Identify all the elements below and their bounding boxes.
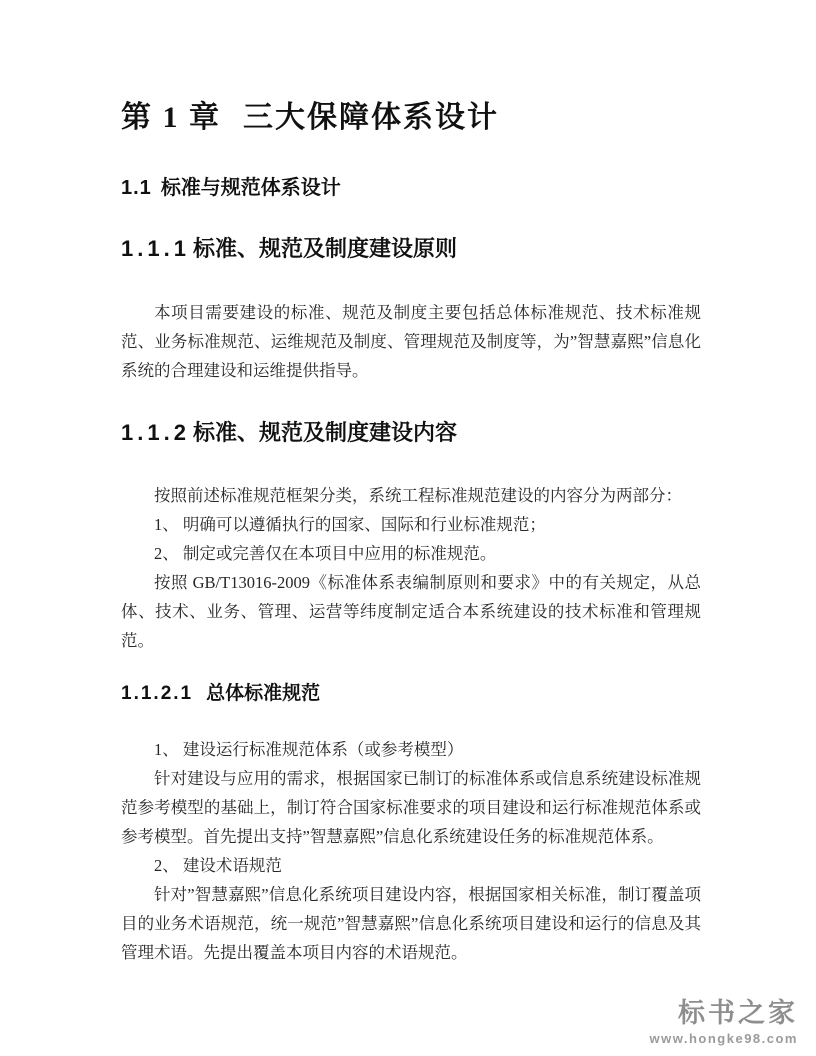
heading-1-1-2-1-title: 总体标准规范 [206, 683, 320, 704]
heading-1-1-2-title: 标准、规范及制度建设内容 [193, 420, 457, 445]
heading-1-1-2-1-number: 1.1.2.1 [121, 683, 193, 704]
watermark-brand: 标书之家 [650, 999, 799, 1029]
heading-1-1-title: 标准与规范体系设计 [161, 177, 341, 199]
chapter-title-text: 三大保障体系设计 [243, 101, 499, 134]
heading-1-1: 1.1标准与规范体系设计 [121, 175, 701, 201]
heading-1-1-2-1: 1.1.2.1总体标准规范 [121, 681, 701, 707]
list-item-2: 2、 制定或完善仅在本项目中应用的标准规范。 [121, 539, 701, 568]
chapter-title: 第 1 章三大保障体系设计 [121, 98, 701, 137]
chapter-number: 第 1 章 [121, 101, 221, 134]
paragraph-gbt-standard: 按照 GB/T13016-2009《标准体系表编制原则和要求》中的有关规定，从总… [121, 568, 701, 655]
paragraph-model: 针对建设与应用的需求，根据国家已制订的标准体系或信息系统建设标准规范参考模型的基… [121, 764, 701, 851]
sub-item-1: 1、 建设运行标准规范体系（或参考模型） [121, 735, 701, 764]
heading-1-1-1-title: 标准、规范及制度建设原则 [193, 236, 457, 261]
document-page: 第 1 章三大保障体系设计 1.1标准与规范体系设计 1.1.1标准、规范及制度… [0, 0, 816, 1056]
watermark-url: www.hongke98.com [650, 1031, 799, 1046]
heading-1-1-number: 1.1 [121, 177, 152, 199]
heading-1-1-2: 1.1.2标准、规范及制度建设内容 [121, 419, 701, 448]
watermark: 标书之家 www.hongke98.com [650, 999, 799, 1046]
paragraph-terms: 针对”智慧嘉熙”信息化系统项目建设内容，根据国家相关标准，制订覆盖项目的业务术语… [121, 880, 701, 967]
paragraph-content-intro: 按照前述标准规范框架分类，系统工程标准规范建设的内容分为两部分： [121, 481, 701, 510]
heading-1-1-1-number: 1.1.1 [121, 236, 190, 261]
sub-item-2: 2、 建设术语规范 [121, 851, 701, 880]
paragraph-principles: 本项目需要建设的标准、规范及制度主要包括总体标准规范、技术标准规范、业务标准规范… [121, 298, 701, 385]
heading-1-1-1: 1.1.1标准、规范及制度建设原则 [121, 235, 701, 264]
page-content: 第 1 章三大保障体系设计 1.1标准与规范体系设计 1.1.1标准、规范及制度… [0, 0, 816, 967]
heading-1-1-2-number: 1.1.2 [121, 420, 190, 445]
list-item-1: 1、 明确可以遵循执行的国家、国际和行业标准规范； [121, 510, 701, 539]
